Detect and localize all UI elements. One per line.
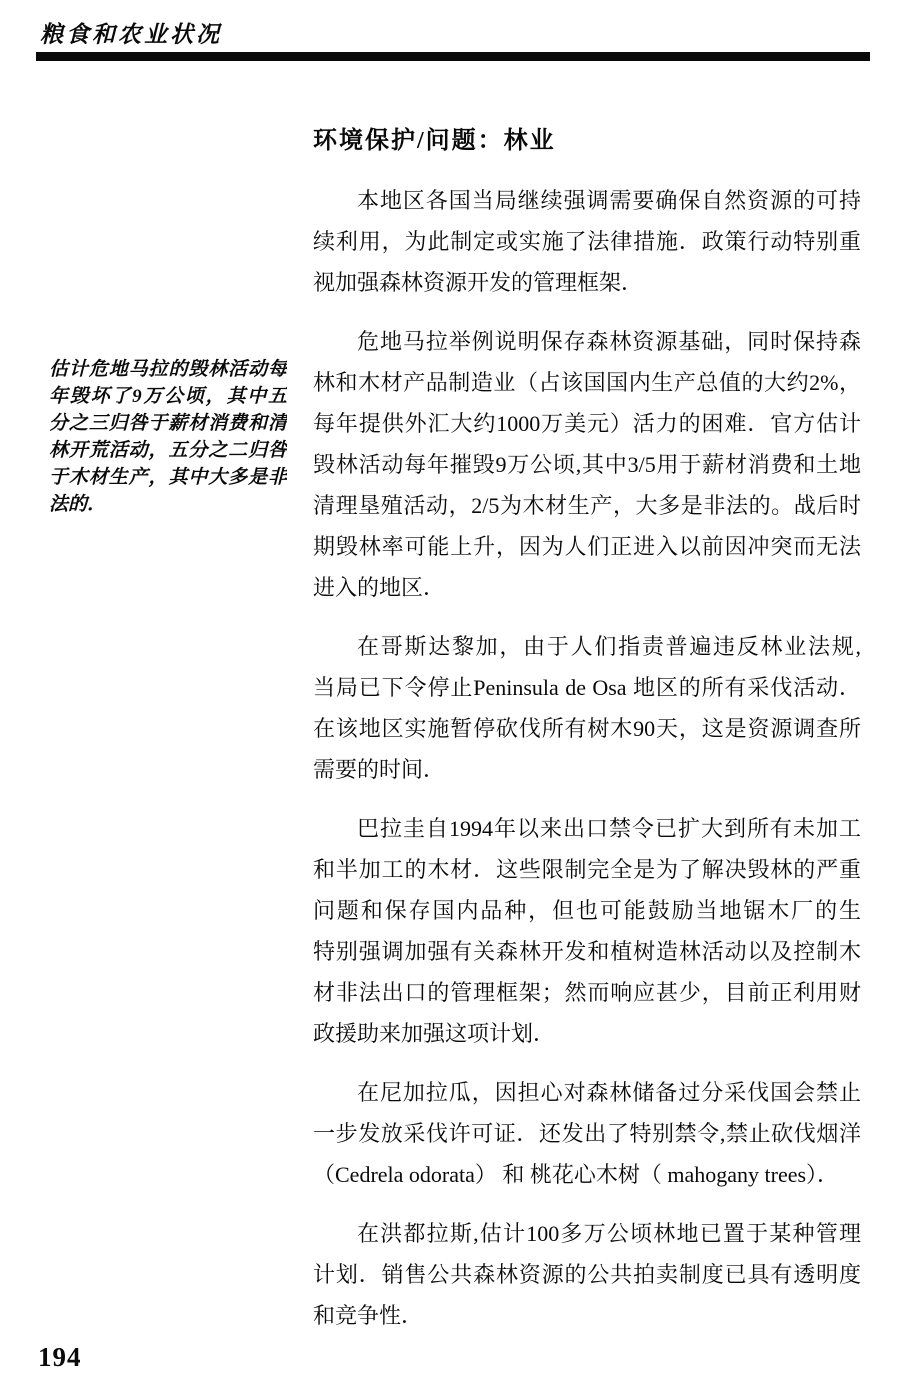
text-line: 在洪都拉斯,估计100多万公顷林地已置于某种管理 (313, 1213, 861, 1254)
margin-note-line: 分之三归咎于薪材消费和清 (49, 410, 287, 437)
paragraph-region-overview: 本地区各国当局继续强调需要确保自然资源的可持 续利用，为此制定或实施了法律措施．… (313, 180, 861, 303)
text-line: 在尼加拉瓜，因担心对森林储备过分采伐国会禁止进 (313, 1072, 861, 1113)
text-line: 计划．销售公共森林资源的公共拍卖制度已具有透明度 (313, 1254, 861, 1295)
text-line: 在该地区实施暂停砍伐所有树木90天，这是资源调查所 (313, 708, 861, 749)
text-line: 进入的地区． (313, 567, 861, 608)
paragraph-paraguay: 巴拉圭自1994年以来出口禁令已扩大到所有未加工 和半加工的木材．这些限制完全是… (313, 808, 861, 1054)
text-line: 需要的时间． (313, 749, 861, 790)
paragraph-honduras: 在洪都拉斯,估计100多万公顷林地已置于某种管理 计划．销售公共森林资源的公共拍… (313, 1213, 861, 1336)
text-line: 和竞争性． (313, 1295, 861, 1336)
text-line: 在哥斯达黎加，由于人们指责普遍违反林业法规, (313, 626, 861, 667)
text-line: 一步发放采伐许可证．还发出了特别禁令,禁止砍伐烟洋椿 (313, 1113, 861, 1154)
text-line: 政援助来加强这项计划． (313, 1013, 861, 1054)
margin-note-line: 林开荒活动，五分之二归咎 (49, 437, 287, 464)
text-line: 危地马拉举例说明保存森林资源基础，同时保持森 (313, 321, 861, 362)
text-line: 续利用，为此制定或实施了法律措施．政策行动特别重 (313, 221, 861, 262)
text-line: 林和木材产品制造业（占该国国内生产总值的大约2%， (313, 362, 861, 403)
page-number: 194 (38, 1342, 82, 1373)
text-line: 特别强调加强有关森林开发和植树造林活动以及控制木 (313, 931, 861, 972)
paragraph-guatemala: 危地马拉举例说明保存森林资源基础，同时保持森 林和木材产品制造业（占该国国内生产… (313, 321, 861, 608)
text-line: 清理垦殖活动，2/5为木材生产，大多是非法的。战后时 (313, 485, 861, 526)
main-text-column: 环境保护/问题：林业 本地区各国当局继续强调需要确保自然资源的可持 续利用，为此… (313, 121, 861, 1336)
text-line: 期毁林率可能上升，因为人们正进入以前因冲突而无法 (313, 526, 861, 567)
margin-note-line: 年毁坏了9万公顷，其中五 (49, 383, 287, 410)
margin-note: 估计危地马拉的毁林活动每 年毁坏了9万公顷，其中五 分之三归咎于薪材消费和清 林… (49, 356, 287, 518)
running-header: 粮食和农业状况 (40, 16, 222, 49)
text-line: 材非法出口的管理框架；然而响应甚少，目前正利用财 (313, 972, 861, 1013)
text-line: 当局已下令停止Peninsula de Osa 地区的所有采伐活动． (313, 667, 861, 708)
header-rule-divider (36, 52, 870, 61)
margin-note-line: 估计危地马拉的毁林活动每 (49, 356, 287, 383)
margin-note-line: 于木材生产，其中大多是非 (49, 464, 287, 491)
text-line: 视加强森林资源开发的管理框架． (313, 262, 861, 303)
text-line: 本地区各国当局继续强调需要确保自然资源的可持 (313, 180, 861, 221)
text-line: 问题和保存国内品种，但也可能鼓励当地锯木厂的生产． (313, 890, 861, 931)
paragraph-costa-rica: 在哥斯达黎加，由于人们指责普遍违反林业法规, 当局已下令停止Peninsula … (313, 626, 861, 790)
paragraph-nicaragua: 在尼加拉瓜，因担心对森林储备过分采伐国会禁止进 一步发放采伐许可证．还发出了特别… (313, 1072, 861, 1195)
text-line: 和半加工的木材．这些限制完全是为了解决毁林的严重 (313, 849, 861, 890)
margin-note-line: 法的． (49, 491, 287, 518)
document-page: 粮食和农业状况 估计危地马拉的毁林活动每 年毁坏了9万公顷，其中五 分之三归咎于… (0, 0, 900, 1400)
text-line: 毁林活动每年摧毁9万公顷,其中3/5用于薪材消费和土地 (313, 444, 861, 485)
text-line: 每年提供外汇大约1000万美元）活力的困难．官方估计 (313, 403, 861, 444)
text-line: （Cedrela odorata） 和 桃花心木树（ mahogany tree… (313, 1154, 861, 1195)
section-heading: 环境保护/问题：林业 (313, 121, 861, 162)
text-line: 巴拉圭自1994年以来出口禁令已扩大到所有未加工 (313, 808, 861, 849)
